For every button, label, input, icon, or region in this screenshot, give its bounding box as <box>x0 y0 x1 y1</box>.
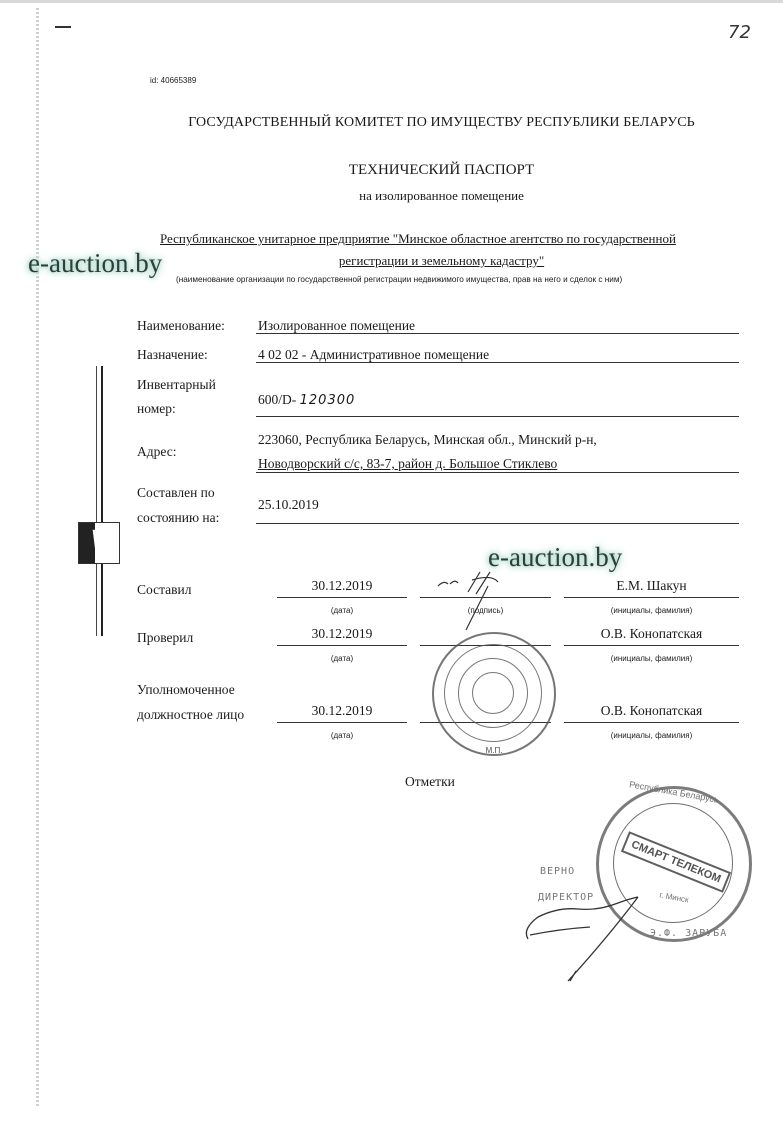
scan-top-border <box>0 0 783 3</box>
official-stamp-icon: М.П. <box>432 632 556 756</box>
notes-heading: Отметки <box>405 774 455 790</box>
caption-date: (дата) <box>277 654 407 663</box>
underline <box>256 333 739 334</box>
sign-date-compiled: 30.12.2019 <box>277 578 407 594</box>
caption-name: (инициалы, фамилия) <box>564 731 739 740</box>
caption-name: (инициалы, фамилия) <box>564 654 739 663</box>
watermark: e-auction.by <box>28 248 162 279</box>
mp-label: М.П. <box>474 746 514 755</box>
underline <box>256 416 739 417</box>
underline <box>277 597 407 598</box>
field-label-asof-1: Составлен по <box>137 481 215 505</box>
caption-name: (инициалы, фамилия) <box>564 606 739 615</box>
field-label-address: Адрес: <box>137 440 176 464</box>
sign-role-compiled: Составил <box>137 578 191 602</box>
underline <box>277 722 407 723</box>
inventory-handwritten: 120300 <box>300 393 356 408</box>
document-id: id: 40665389 <box>150 76 196 85</box>
director-name: Э.Ф. ЗАРУБА <box>650 928 727 939</box>
field-value-asof: 25.10.2019 <box>258 497 319 513</box>
binding-marker-icon <box>78 522 120 564</box>
document-subtitle: на изолированное помещение <box>0 188 783 204</box>
watermark: e-auction.by <box>488 542 622 573</box>
scan-mark <box>55 26 71 28</box>
organization-caption: (наименование организации по государстве… <box>176 275 622 284</box>
sign-name-checked: О.В. Конопатская <box>564 626 739 642</box>
committee-heading: ГОСУДАРСТВЕННЫЙ КОМИТЕТ ПО ИМУЩЕСТВУ РЕС… <box>0 115 783 131</box>
field-label-inventory-2: номер: <box>137 397 176 421</box>
caption-date: (дата) <box>277 606 407 615</box>
organization-line-1: Республиканское унитарное предприятие "М… <box>160 231 676 247</box>
sign-role-authorized-2: должностное лицо <box>137 703 244 727</box>
underline <box>564 645 739 646</box>
sign-role-checked: Проверил <box>137 626 193 650</box>
field-value-address-2: Новодворский с/с, 83-7, район д. Большое… <box>258 456 557 472</box>
sign-name-compiled: Е.М. Шакун <box>564 578 739 594</box>
field-label-name: Наименование: <box>137 314 225 338</box>
field-value-address-1: 223060, Республика Беларусь, Минская обл… <box>258 432 597 448</box>
underline <box>256 523 739 524</box>
document-title: ТЕХНИЧЕСКИЙ ПАСПОРТ <box>0 162 783 179</box>
field-label-purpose: Назначение: <box>137 343 208 367</box>
signature-compiled-icon <box>436 570 516 632</box>
sign-role-authorized-1: Уполномоченное <box>137 678 235 702</box>
certified-label: ВЕРНО <box>540 866 575 877</box>
binding-line <box>96 366 103 636</box>
underline <box>277 645 407 646</box>
page-number: 72 <box>728 22 751 43</box>
underline <box>564 722 739 723</box>
sign-date-authorized: 30.12.2019 <box>277 703 407 719</box>
underline <box>564 597 739 598</box>
field-value-name: Изолированное помещение <box>258 318 415 334</box>
sign-date-checked: 30.12.2019 <box>277 626 407 642</box>
underline <box>256 362 739 363</box>
field-label-inventory-1: Инвентарный <box>137 373 216 397</box>
caption-date: (дата) <box>277 731 407 740</box>
inventory-prefix: 600/D- <box>258 392 296 407</box>
underline <box>256 472 739 473</box>
director-signature-icon <box>520 895 660 985</box>
field-label-asof-2: состоянию на: <box>137 506 219 530</box>
sign-name-authorized: О.В. Конопатская <box>564 703 739 719</box>
field-value-inventory: 600/D- 120300 <box>258 392 355 408</box>
field-value-purpose: 4 02 02 - Административное помещение <box>258 347 489 363</box>
